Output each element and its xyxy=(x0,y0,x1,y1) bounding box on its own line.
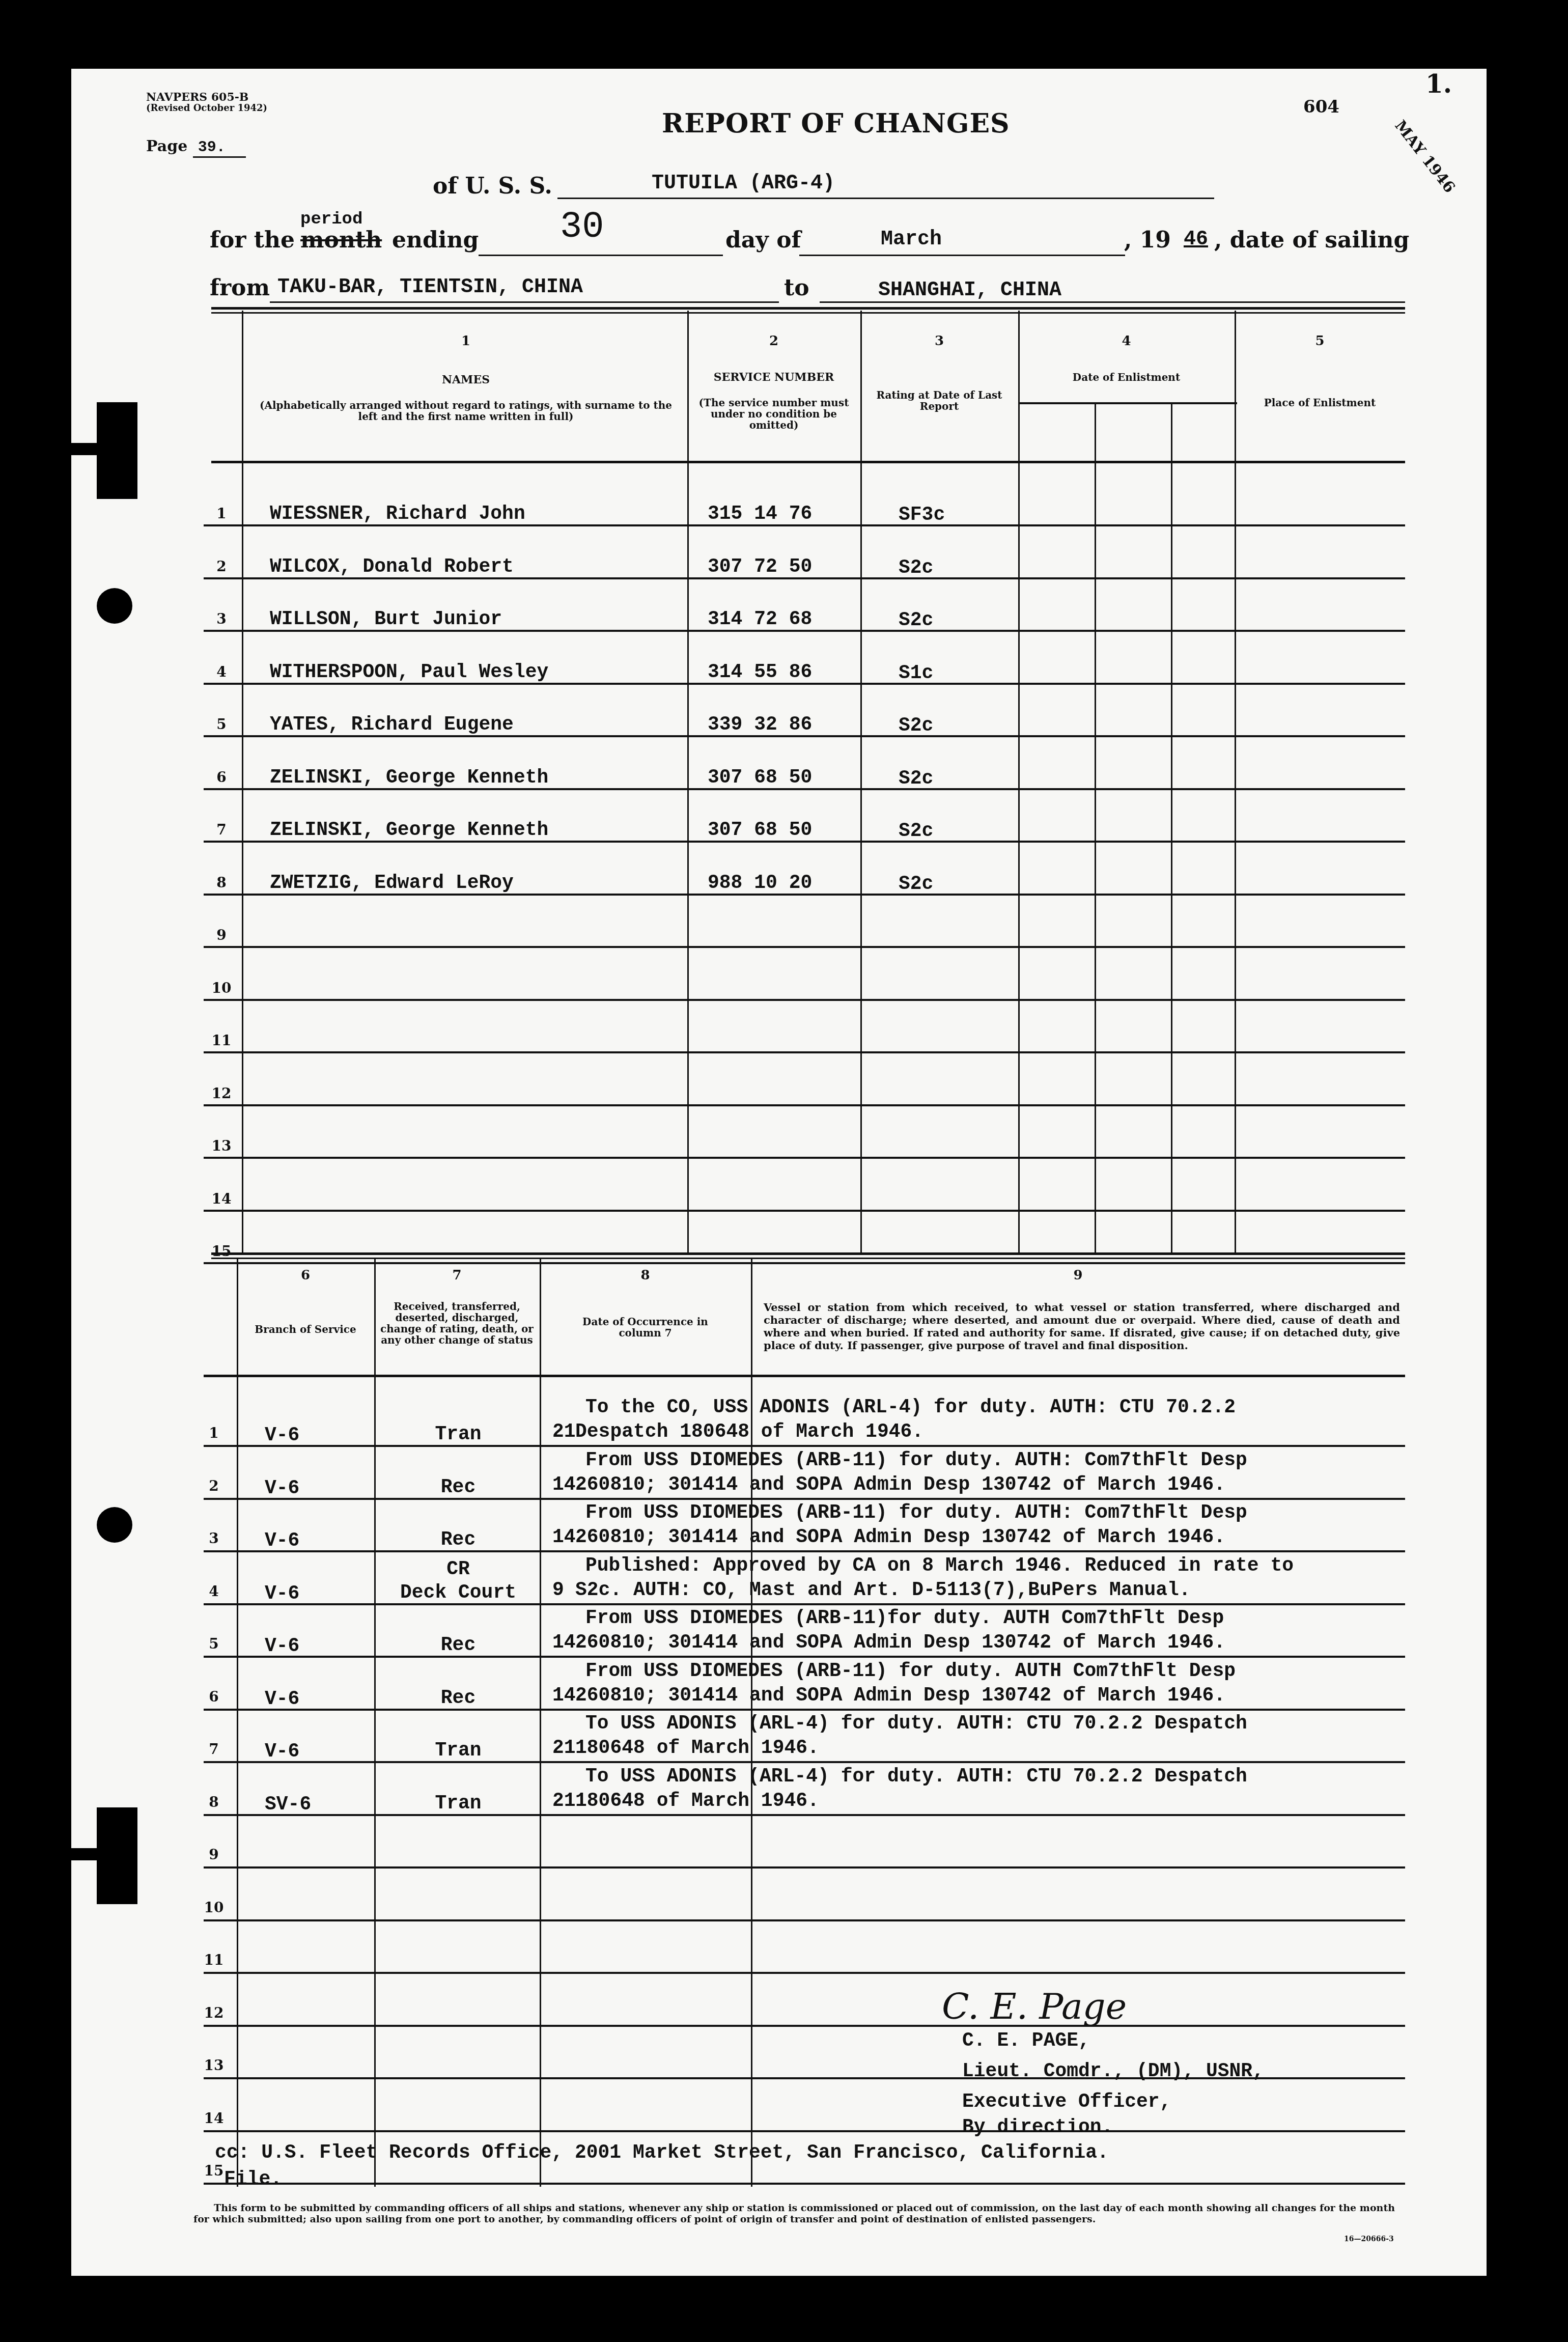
upper-column-divider xyxy=(242,311,243,1252)
uss-label: of U. S. S. xyxy=(433,173,552,199)
remarks-line-2: 180648 of March 1946. xyxy=(575,1792,819,1811)
row-number: 1 xyxy=(211,505,232,522)
col6-number: 6 xyxy=(237,1268,374,1283)
to-label: to xyxy=(784,275,809,301)
row-number: 8 xyxy=(204,1794,224,1810)
branch-of-service: V-6 xyxy=(265,1530,299,1552)
upper-table-top-border-2 xyxy=(211,312,1405,314)
month-struck: month xyxy=(300,227,382,253)
lower-column-divider xyxy=(237,1258,238,2187)
change-of-status: Rec xyxy=(392,1687,524,1709)
remarks-line-2: 260810; 301414 and SOPA Admin Desp 13074… xyxy=(575,1475,1225,1495)
occurrence-date: 21 xyxy=(552,1792,576,1811)
table-row-line xyxy=(204,1210,1405,1212)
day-underline xyxy=(479,255,723,256)
rating: SF3c xyxy=(899,504,945,526)
member-name: YATES, Richard Eugene xyxy=(270,714,514,736)
row-number: 12 xyxy=(211,1085,232,1102)
member-name: WILCOX, Donald Robert xyxy=(270,556,514,578)
stamp-mark: 1. xyxy=(1425,69,1452,99)
row-number: 13 xyxy=(204,2057,224,2074)
col5-title: Place of Enlistment xyxy=(1237,397,1403,408)
service-number: 307 68 50 xyxy=(708,819,812,841)
change-of-status: Tran xyxy=(392,1740,524,1762)
branch-of-service: SV-6 xyxy=(265,1794,311,1816)
table-row-line xyxy=(204,1603,1405,1605)
cc-file: File. xyxy=(224,2170,282,2189)
rating: S2c xyxy=(899,609,933,631)
branch-of-service: V-6 xyxy=(265,1635,299,1657)
page-title: REPORT OF CHANGES xyxy=(662,108,1010,139)
table-row-line xyxy=(204,2077,1405,2079)
member-name: ZWETZIG, Edward LeRoy xyxy=(270,872,514,894)
punch-hole xyxy=(97,588,132,624)
occurrence-date: 14 xyxy=(552,1686,576,1706)
service-number: 307 72 50 xyxy=(708,556,812,578)
row-number: 4 xyxy=(204,1583,224,1600)
remarks-line-2: Despatch 180648 of March 1946. xyxy=(575,1423,923,1442)
row-number: 14 xyxy=(204,2110,224,2127)
lower-table-top-border xyxy=(211,1252,1405,1255)
ship-name: TUTUILA (ARG-4) xyxy=(652,172,835,195)
binder-clip-bottom xyxy=(97,1807,137,1904)
uss-underline xyxy=(557,198,1214,199)
row-number: 9 xyxy=(204,1846,224,1863)
col2-subtitle: (The service number must under no condit… xyxy=(697,397,850,431)
upper-column-divider xyxy=(1171,402,1172,1252)
lower-header-bottom-border xyxy=(204,1375,1405,1377)
occurrence-date: 9 xyxy=(552,1581,564,1600)
change-of-status: Tran xyxy=(392,1793,524,1815)
lower-table-top-border-2 xyxy=(211,1258,1405,1259)
upper-header-bottom-border xyxy=(211,461,1405,463)
table-row-line xyxy=(204,1919,1405,1921)
upper-column-divider xyxy=(687,311,689,1252)
table-row-line xyxy=(204,1157,1405,1159)
stamp-code: 604 xyxy=(1303,97,1339,117)
col2-title: SERVICE NUMBER xyxy=(690,372,858,383)
table-row-line xyxy=(204,1709,1405,1711)
change-of-status-code: CR xyxy=(392,1558,524,1580)
table-row-line xyxy=(204,2183,1405,2185)
rating: S2c xyxy=(899,768,933,790)
row-number: 10 xyxy=(211,980,232,996)
row-number: 1 xyxy=(204,1425,224,1441)
col2-number: 2 xyxy=(687,333,860,349)
signer-authority: By direction. xyxy=(962,2118,1113,2137)
occurrence-date: 14 xyxy=(552,1475,576,1495)
branch-of-service: V-6 xyxy=(265,1425,299,1446)
branch-of-service: V-6 xyxy=(265,1583,299,1605)
service-number: 315 14 76 xyxy=(708,503,812,525)
row-number: 10 xyxy=(204,1899,224,1916)
row-number: 7 xyxy=(211,821,232,838)
remarks-line-1: To USS ADONIS (ARL-4) for duty. AUTH: CT… xyxy=(585,1767,1247,1787)
table-row-line xyxy=(204,1445,1405,1447)
row-number: 4 xyxy=(211,663,232,680)
from-underline xyxy=(270,301,779,303)
row-number: 12 xyxy=(204,2004,224,2021)
table-row-line xyxy=(204,1051,1405,1053)
change-of-status: Rec xyxy=(392,1529,524,1551)
table-row-line xyxy=(204,2025,1405,2027)
service-number: 307 68 50 xyxy=(708,767,812,789)
table-row-line xyxy=(204,946,1405,948)
table-row-line xyxy=(204,1761,1405,1763)
rating: S2c xyxy=(899,873,933,895)
table-row-line xyxy=(204,1656,1405,1658)
col3-title: Rating at Date of Last Report xyxy=(876,389,1003,412)
change-of-status: Rec xyxy=(392,1476,524,1498)
col4-title: Date of Enlistment xyxy=(1018,372,1235,383)
member-name: WIESSNER, Richard John xyxy=(270,503,525,525)
day-of-label: day of xyxy=(725,227,801,253)
punch-hole-lower xyxy=(97,1507,132,1543)
table-row-line xyxy=(204,1814,1405,1816)
table-row-line xyxy=(204,1104,1405,1106)
row-number: 11 xyxy=(211,1032,232,1049)
service-number: 339 32 86 xyxy=(708,714,812,736)
upper-column-divider xyxy=(860,311,862,1252)
enlistment-subheader-line xyxy=(1018,402,1237,404)
table-row-line xyxy=(204,1262,1405,1264)
occurrence-date: 14 xyxy=(552,1633,576,1653)
cc-line: cc: U.S. Fleet Records Office, 2001 Mark… xyxy=(215,2143,1109,2163)
from-label: from xyxy=(210,275,270,301)
service-number: 314 72 68 xyxy=(708,608,812,630)
year-prefix: , 19 xyxy=(1124,227,1171,253)
rating: S2c xyxy=(899,557,933,579)
col8-number: 8 xyxy=(540,1268,751,1283)
table-row-line xyxy=(204,1972,1405,1974)
change-of-status: Deck Court xyxy=(392,1582,524,1604)
print-code: 16—20666-3 xyxy=(1344,2235,1394,2243)
rating: S2c xyxy=(899,715,933,737)
upper-column-divider xyxy=(1235,311,1236,1252)
table-row-line xyxy=(204,1550,1405,1552)
row-number: 6 xyxy=(204,1688,224,1705)
to-place: SHANGHAI, CHINA xyxy=(878,279,1061,302)
handwritten-signature: C. E. Page xyxy=(942,1986,1127,2027)
day-value: 30 xyxy=(560,206,604,248)
form-number-text: NAVPERS 605-B xyxy=(146,92,267,103)
remarks-line-2: 260810; 301414 and SOPA Admin Desp 13074… xyxy=(575,1633,1225,1653)
year-value: 46 xyxy=(1184,228,1208,251)
row-number: 13 xyxy=(211,1137,232,1154)
remarks-line-1: From USS DIOMEDES (ARB-11) for duty. AUT… xyxy=(585,1503,1247,1523)
row-number: 11 xyxy=(204,1951,224,1968)
remarks-line-2: S2c. AUTH: CO, Mast and Art. D-5113(7),B… xyxy=(575,1581,1191,1600)
remarks-line-1: From USS DIOMEDES (ARB-11) for duty. AUT… xyxy=(585,1451,1247,1470)
col6-title: Branch of Service xyxy=(237,1324,374,1335)
remarks-line-1: To USS ADONIS (ARL-4) for duty. AUTH: CT… xyxy=(585,1714,1247,1734)
row-number: 7 xyxy=(204,1741,224,1758)
col7-title: Received, transferred, deserted, dischar… xyxy=(379,1301,535,1346)
row-number: 15 xyxy=(204,2162,224,2179)
form-instructions: This form to be submitted by commanding … xyxy=(193,2202,1395,2225)
service-number: 314 55 86 xyxy=(708,661,812,683)
signer-name: C. E. PAGE, xyxy=(962,2031,1090,2051)
remarks-line-2: 180648 of March 1946. xyxy=(575,1739,819,1758)
remarks-line-1: From USS DIOMEDES (ARB-11) for duty. AUT… xyxy=(585,1662,1236,1681)
member-name: ZELINSKI, George Kenneth xyxy=(270,819,548,841)
binder-clip-top xyxy=(97,402,137,499)
change-of-status: Tran xyxy=(392,1424,524,1445)
row-number: 9 xyxy=(211,927,232,943)
signer-position: Executive Officer, xyxy=(962,2093,1171,2112)
from-place: TAKU-BAR, TIENTSIN, CHINA xyxy=(277,276,583,299)
remarks-line-2: 260810; 301414 and SOPA Admin Desp 13074… xyxy=(575,1686,1225,1706)
month-underline xyxy=(799,255,1125,256)
lower-column-divider xyxy=(540,1258,541,2187)
row-number: 2 xyxy=(211,558,232,575)
upper-column-divider xyxy=(1018,311,1020,1252)
branch-of-service: V-6 xyxy=(265,1477,299,1499)
member-name: WILLSON, Burt Junior xyxy=(270,608,502,630)
member-name: ZELINSKI, George Kenneth xyxy=(270,767,548,789)
page-number: Page 39. xyxy=(146,137,246,156)
period-inserted: period xyxy=(300,210,362,229)
remarks-line-2: 260810; 301414 and SOPA Admin Desp 13074… xyxy=(575,1528,1225,1547)
row-number: 3 xyxy=(204,1530,224,1547)
table-row-line xyxy=(204,1498,1405,1500)
col9-number: 9 xyxy=(751,1268,1405,1283)
col1-title: NAMES xyxy=(244,374,687,385)
col5-number: 5 xyxy=(1235,333,1405,349)
col7-number: 7 xyxy=(374,1268,540,1283)
row-number: 2 xyxy=(204,1477,224,1494)
form-revision-text: (Revised October 1942) xyxy=(146,103,267,114)
date-of-sailing-label: , date of sailing xyxy=(1214,227,1409,253)
lower-column-divider xyxy=(374,1258,376,2187)
table-row-line xyxy=(204,2130,1405,2132)
col1-number: 1 xyxy=(244,333,687,349)
change-of-status: Rec xyxy=(392,1634,524,1656)
table-row-line xyxy=(204,1866,1405,1869)
occurrence-date: 14 xyxy=(552,1528,576,1547)
row-number: 6 xyxy=(211,769,232,786)
page-label: Page xyxy=(146,137,187,155)
row-number: 5 xyxy=(204,1635,224,1652)
col1-subtitle: (Alphabetically arranged without regard … xyxy=(249,400,682,422)
col3-number: 3 xyxy=(860,333,1018,349)
ending-label: ending xyxy=(392,227,479,253)
occurrence-date: 21 xyxy=(552,1423,576,1442)
branch-of-service: V-6 xyxy=(265,1741,299,1763)
branch-of-service: V-6 xyxy=(265,1688,299,1710)
rating: S2c xyxy=(899,820,933,842)
for-the-label: for the xyxy=(210,227,295,253)
occurrence-date: 21 xyxy=(552,1739,576,1758)
row-number: 15 xyxy=(211,1243,232,1260)
upper-table-top-border xyxy=(211,307,1405,310)
remarks-line-1: To the CO, USS ADONIS (ARL-4) for duty. … xyxy=(585,1398,1236,1417)
page-number-value: 39. xyxy=(193,139,246,158)
month-value: March xyxy=(881,228,942,251)
col8-title: Date of Occurrence in column 7 xyxy=(565,1316,725,1339)
rating: S1c xyxy=(899,662,933,684)
row-number: 14 xyxy=(211,1190,232,1207)
row-number: 5 xyxy=(211,716,232,733)
upper-column-divider xyxy=(1095,402,1096,1252)
remarks-line-1: Published: Approved by CA on 8 March 194… xyxy=(585,1556,1294,1576)
member-name: WITHERSPOON, Paul Wesley xyxy=(270,661,548,683)
row-number: 3 xyxy=(211,610,232,627)
service-number: 988 10 20 xyxy=(708,872,812,894)
row-number: 8 xyxy=(211,874,232,891)
col9-title: Vessel or station from which received, t… xyxy=(764,1301,1400,1352)
table-row-line xyxy=(204,999,1405,1001)
remarks-line-1: From USS DIOMEDES (ARB-11)for duty. AUTH… xyxy=(585,1609,1224,1628)
col4-number: 4 xyxy=(1018,333,1235,349)
form-number: NAVPERS 605-B (Revised October 1942) xyxy=(146,92,267,114)
